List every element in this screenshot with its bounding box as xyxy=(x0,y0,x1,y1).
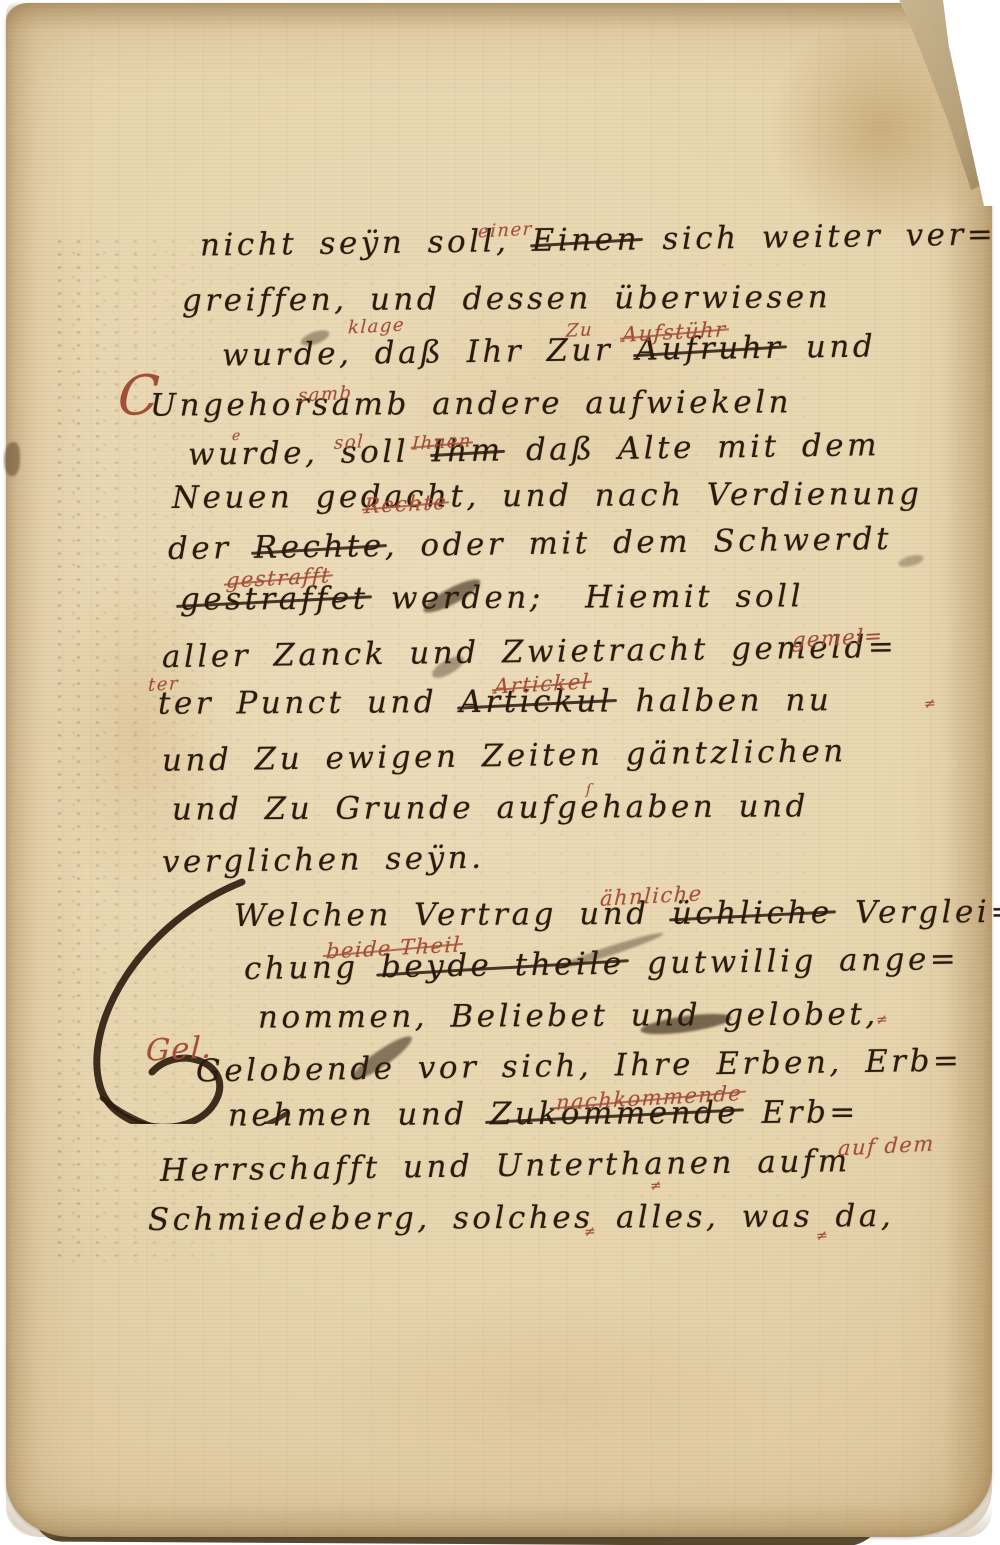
line-text: ter Punct und xyxy=(158,684,460,722)
line-text: gutwillig ange= xyxy=(624,941,959,982)
line-text: Schmiedeberg, solches alles, was da, xyxy=(148,1198,894,1238)
red-correction-note: e xyxy=(232,428,241,445)
manuscript-line: Neuen gedacht, und nach Verdienung xyxy=(172,476,923,516)
manuscript-line: Gelobende vor sich, Ihre Erben, Erb= xyxy=(196,1043,963,1090)
red-correction-note: Zu xyxy=(565,319,593,342)
red-correction-note: Artickel xyxy=(493,669,590,698)
line-text: aller Zanck und Zwietracht gemeld= xyxy=(162,629,898,675)
manuscript-line: und Zu Grunde aufgehaben und xyxy=(172,788,809,827)
red-correction-note: samb xyxy=(297,383,353,407)
manuscript-line: und Zu ewigen Zeiten gäntzlichen xyxy=(162,733,847,779)
red-insertion-mark: ≠ xyxy=(924,696,937,713)
line-text: wurde, soll xyxy=(188,433,432,472)
red-correction-note: auf dem xyxy=(837,1131,935,1160)
manuscript-line: Schmiedeberg, solches alles, was da, xyxy=(148,1198,894,1238)
manuscript-line: Herrschafft und Unterthanen aufm xyxy=(160,1143,851,1189)
line-text: Ungehorsamb andere aufwiekeln xyxy=(150,384,792,423)
manuscript-line: aller Zanck und Zwietracht gemeld= xyxy=(162,629,898,675)
line-text: , oder mit dem Schwerdt xyxy=(384,521,892,564)
manuscript-line: Ungehorsamb andere aufwiekeln xyxy=(150,384,792,423)
line-text: und Zu ewigen Zeiten gäntzlichen xyxy=(162,733,847,779)
manuscript-line: wurde, daß Ihr Zur Aufruhr und xyxy=(222,328,877,373)
line-text: halben nu xyxy=(613,682,832,719)
red-correction-note: gemel= xyxy=(791,624,884,653)
red-paragraph-mark: C xyxy=(117,375,162,417)
manuscript-line: greiffen, und dessen überwiesen xyxy=(182,279,831,318)
red-correction-note: Ihnen xyxy=(411,430,472,454)
manuscript-text-block: nicht seÿn soll, Einen sich weiter ver= … xyxy=(0,0,1000,1545)
red-insertion-mark: ≠ xyxy=(876,1012,889,1029)
line-text: nommen, Beliebet und gelobet, xyxy=(258,996,879,1035)
struck-text: Einen xyxy=(531,221,640,259)
line-text: Erb= xyxy=(739,1094,859,1131)
red-correction-note: Rechte xyxy=(363,490,448,518)
line-text: Gelobende vor sich, Ihre Erben, Erb= xyxy=(196,1043,963,1090)
manuscript-line: nommen, Beliebet und gelobet, xyxy=(258,996,879,1035)
manuscript-line: nicht seÿn soll, Einen sich weiter ver= xyxy=(200,216,997,263)
line-text: Verglei= xyxy=(833,894,1000,931)
struck-text: Rechte xyxy=(254,528,385,566)
line-text: und Zu Grunde aufgehaben und xyxy=(172,788,809,827)
red-correction-note: Gel. xyxy=(145,1030,214,1069)
manuscript-line: der Rechte, oder mit dem Schwerdt xyxy=(168,521,893,567)
red-correction-note: klage xyxy=(347,314,405,338)
red-correction-note: ſ xyxy=(586,782,592,798)
red-correction-note: sol xyxy=(333,431,364,454)
red-insertion-mark: ≠ xyxy=(650,1178,663,1195)
line-text: werden; Hiemit soll xyxy=(369,578,805,616)
red-insertion-mark: ≠ xyxy=(584,1224,597,1241)
manuscript-line: verglichen seÿn. xyxy=(162,840,485,880)
line-text: und xyxy=(783,328,876,365)
red-correction-note: einer xyxy=(477,219,533,243)
line-text: verglichen seÿn. xyxy=(162,840,485,880)
red-insertion-mark: ≠ xyxy=(816,1228,829,1245)
line-text: greiffen, und dessen überwiesen xyxy=(182,279,831,318)
line-text: daß Alte mit dem xyxy=(503,427,880,468)
line-text: der xyxy=(168,530,254,567)
line-text: sich weiter ver= xyxy=(640,216,997,257)
line-text: Neuen gedacht, und nach Verdienung xyxy=(172,476,923,516)
line-text: Herrschafft und Unterthanen aufm xyxy=(160,1143,851,1189)
manuscript-line: wurde, soll Ihm daß Alte mit dem xyxy=(188,427,880,473)
line-text: nehmen und xyxy=(228,1096,490,1133)
manuscript-line: nehmen und Zukommende Erb= xyxy=(228,1094,859,1133)
red-correction-note: ter xyxy=(147,673,179,696)
